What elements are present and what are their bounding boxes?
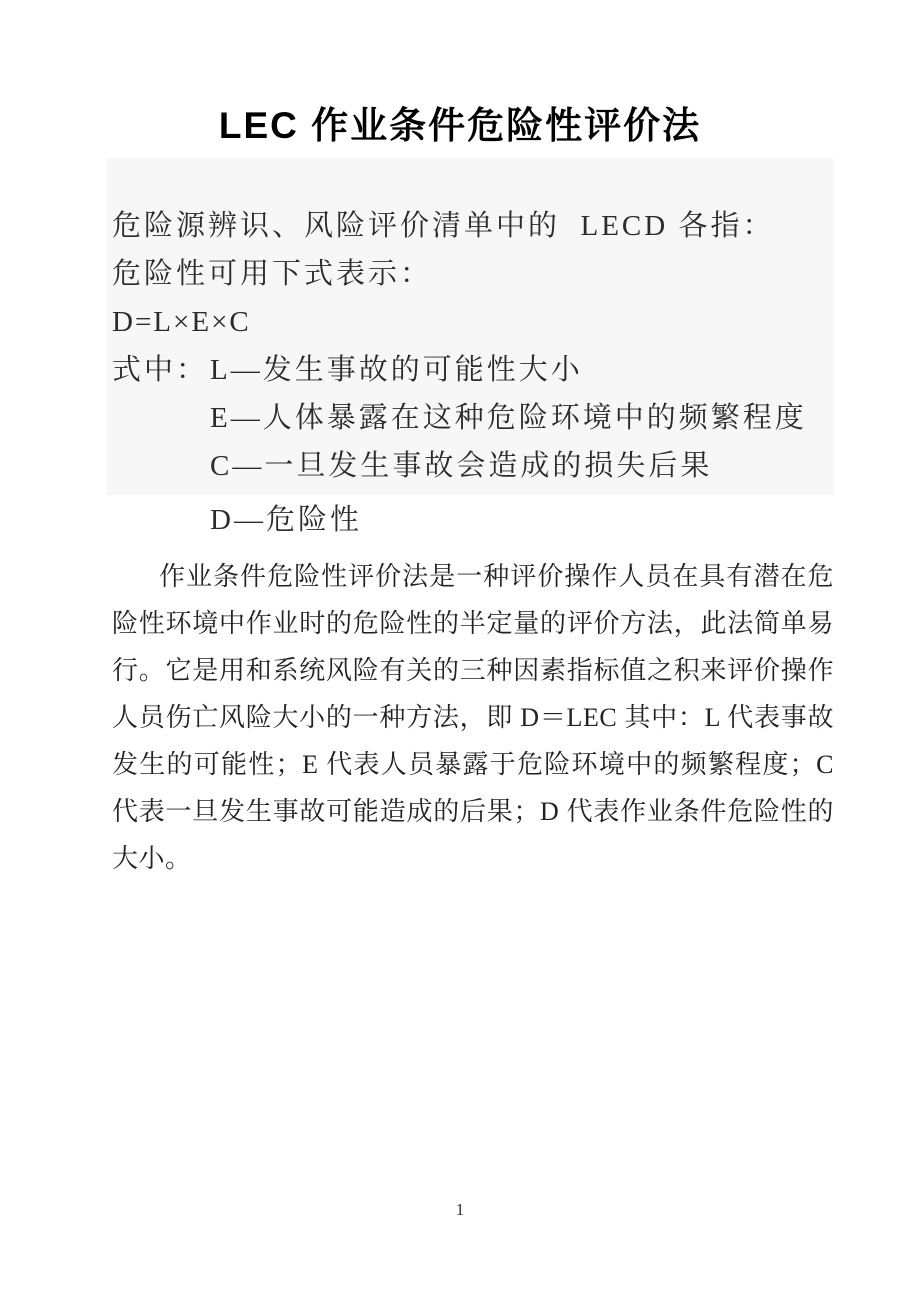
- definition-c: C—一旦发生事故会造成的损失后果: [112, 442, 824, 490]
- where-label: 式中：: [112, 346, 210, 394]
- where-line: 式中：L—发生事故的可能性大小: [112, 346, 824, 394]
- intro-line: 危险源辨识、风险评价清单中的 LECD 各指：: [112, 202, 824, 250]
- document-title: LEC 作业条件危险性评价法: [0, 102, 920, 150]
- definition-l: L—发生事故的可能性大小: [210, 354, 583, 386]
- formula-highlight-block: 危险源辨识、风险评价清单中的 LECD 各指： 危险性可用下式表示： D=L×E…: [107, 158, 834, 495]
- definition-e: E—人体暴露在这种危险环境中的频繁程度: [112, 394, 824, 442]
- formula-line: D=L×E×C: [112, 298, 824, 346]
- document-page: LEC 作业条件危险性评价法 危险源辨识、风险评价清单中的 LECD 各指： 危…: [0, 0, 920, 1302]
- definition-d: D—危险性: [112, 495, 834, 545]
- body-paragraph: 作业条件危险性评价法是一种评价操作人员在具有潜在危险性环境中作业时的危险性的半定…: [112, 553, 834, 882]
- expression-intro-line: 危险性可用下式表示：: [112, 250, 824, 298]
- page-number: 1: [0, 1200, 920, 1220]
- body-section: D—危险性 作业条件危险性评价法是一种评价操作人员在具有潜在危险性环境中作业时的…: [112, 495, 834, 882]
